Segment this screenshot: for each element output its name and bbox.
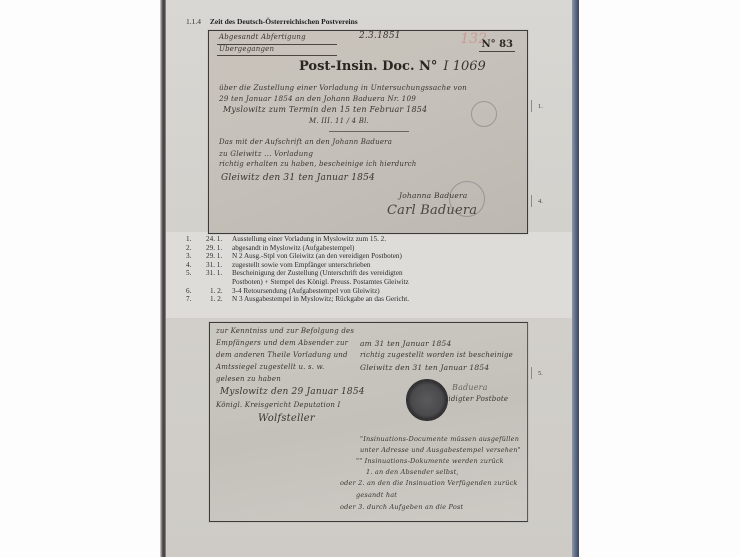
margin-mark-4: 4. (531, 195, 543, 207)
handwriting-line: Myslowitz den 29 Januar 1854 (220, 387, 365, 397)
footnote-line: oder 2. an den die Insinuation Verfügend… (340, 479, 518, 487)
form-rule (217, 55, 337, 56)
form-number: N° 83 (481, 39, 513, 50)
caption-date: 29. 1. (206, 244, 232, 253)
caption-text: N 3 Ausgabestempel in Myslowitz; Rückgab… (232, 295, 409, 304)
caption-date (206, 278, 232, 287)
margin-bar (531, 195, 532, 207)
divider (329, 131, 409, 132)
caption-text: zugestellt sowie vom Empfänger unterschr… (232, 261, 371, 270)
caption-row: Postboten) + Stempel des Königl. Preuss.… (186, 278, 409, 287)
handwriting-line: M. III. 11 / 4 Bl. (309, 117, 369, 125)
caption-row: 1. 24. 1. Ausstellung einer Vorladung in… (186, 235, 409, 244)
section-number: 1.1.4 (186, 17, 208, 26)
caption-text: N 2 Ausg.-Stpl von Gleiwitz (an den vere… (232, 252, 402, 261)
caption-text: Postboten) + Stempel des Königl. Preuss.… (232, 278, 409, 287)
caption-number: 4. (186, 261, 206, 270)
document-top: Abgesandt Abfertigung Übergegangen 2.3.1… (208, 30, 528, 234)
handwriting-line: Myslowitz zum Termin den 15 ten Februar … (223, 105, 427, 114)
caption-list: 1. 24. 1. Ausstellung einer Vorladung in… (186, 235, 409, 304)
title-handwritten-number: I 1069 (443, 59, 485, 74)
handwriting-line: dem anderen Theile Vorladung und (216, 351, 348, 359)
margin-mark-5: 5. (531, 367, 543, 379)
handwriting-line: Das mit der Aufschrift an den Johann Bad… (219, 138, 392, 146)
margin-bar (531, 100, 532, 112)
caption-text: Ausstellung einer Vorladung in Myslowitz… (232, 235, 386, 244)
footnote-line: 1. an den Absender selbst, (366, 468, 459, 476)
footnote-line: "Insinuations-Documente müssen ausgefüll… (360, 435, 519, 443)
handwriting-line: Amtssiegel zugestellt u. s. w. (216, 363, 324, 371)
handwriting-line: Königl. Kreisgericht Deputation I (216, 401, 341, 409)
handwriting-line: zur Kenntniss und zur Befolgung des (216, 327, 354, 335)
form-line-2: Übergegangen (219, 45, 274, 53)
binder-edge-right (572, 0, 579, 557)
document-title: Post-Insin. Doc. N°I 1069 (299, 59, 486, 74)
faint-postmark (471, 101, 497, 127)
page-header: 1.1.4 Zeit des Deutsch-Österreichischen … (186, 17, 358, 26)
margin-mark-label: 1. (538, 103, 543, 110)
handwriting-line: Baduera (452, 383, 488, 392)
caption-number: 7. (186, 295, 206, 304)
caption-row: 4. 31. 1. zugestellt sowie vom Empfänger… (186, 261, 409, 270)
caption-text: Bescheinigung der Zustellung (Unterschri… (232, 269, 403, 278)
handwriting-line: zu Gleiwitz ... Vorladung (219, 149, 313, 158)
margin-mark-label: 4. (538, 198, 543, 205)
margin-bar (531, 367, 532, 379)
caption-number: 2. (186, 244, 206, 253)
handwriting-line: am 31 ten Januar 1854 (360, 339, 451, 348)
caption-number: 1. (186, 235, 206, 244)
section-title: Zeit des Deutsch-Österreichischen Postve… (210, 17, 358, 26)
caption-row: 6. 1. 2. 3-4 Retoursendung (Aufgabestemp… (186, 287, 409, 296)
handwriting-line: über die Zustellung einer Vorladung in U… (219, 83, 467, 92)
caption-text: abgesandt in Myslowitz (Aufgabestempel) (232, 244, 354, 253)
caption-date: 1. 2. (206, 287, 232, 296)
caption-text: 3-4 Retoursendung (Aufgabestempel von Gl… (232, 287, 380, 296)
faint-postmark (449, 181, 485, 217)
caption-date: 31. 1. (206, 269, 232, 278)
caption-row: 7. 1. 2. N 3 Ausgabestempel in Myslowitz… (186, 295, 409, 304)
handwriting-line: Gleiwitz den 31 ten Januar 1854 (221, 173, 375, 183)
handwriting-line: 29 ten Januar 1854 an den Johann Baduera… (219, 94, 416, 103)
caption-date: 31. 1. (206, 261, 232, 270)
form-line-1: Abgesandt Abfertigung (219, 33, 306, 41)
footnote-line: unter Adresse und Ausgabestempel versehe… (360, 446, 521, 454)
handwriting-line: richtig erhalten zu haben, bescheinige i… (219, 160, 416, 168)
caption-date: 1. 2. (206, 295, 232, 304)
form-rule (479, 51, 515, 52)
handwriting-line: richtig zugestellt worden ist bescheinig… (360, 351, 513, 359)
margin-mark-label: 5. (538, 370, 543, 377)
caption-number (186, 278, 206, 287)
caption-row: 5. 31. 1. Bescheinigung der Zustellung (… (186, 269, 409, 278)
postmark-seal (406, 379, 448, 421)
caption-number: 5. (186, 269, 206, 278)
header-date: 2.3.1851 (359, 31, 401, 41)
caption-number: 6. (186, 287, 206, 296)
handwriting-line: Gleiwitz den 31 ten Januar 1854 (360, 363, 489, 372)
caption-row: 2. 29. 1. abgesandt in Myslowitz (Aufgab… (186, 244, 409, 253)
footnote-line: "" Insinuations-Dokumente werden zurück (356, 457, 504, 465)
handwriting-line: Empfängers und dem Absender zur (216, 339, 348, 347)
caption-number: 3. (186, 252, 206, 261)
footnote-line: gesandt hat (356, 491, 397, 499)
caption-row: 3. 29. 1. N 2 Ausg.-Stpl von Gleiwitz (a… (186, 252, 409, 261)
title-text: Post-Insin. Doc. N° (299, 59, 437, 74)
caption-date: 24. 1. (206, 235, 232, 244)
signature: Wolfsteller (258, 413, 315, 424)
footnote-line: oder 3. durch Aufgeben an die Post (340, 503, 463, 511)
handwriting-line: gelesen zu haben (216, 375, 281, 383)
caption-date: 29. 1. (206, 252, 232, 261)
document-bottom: zur Kenntniss und zur Befolgung des Empf… (209, 322, 528, 522)
margin-mark-1: 1. (531, 100, 543, 112)
